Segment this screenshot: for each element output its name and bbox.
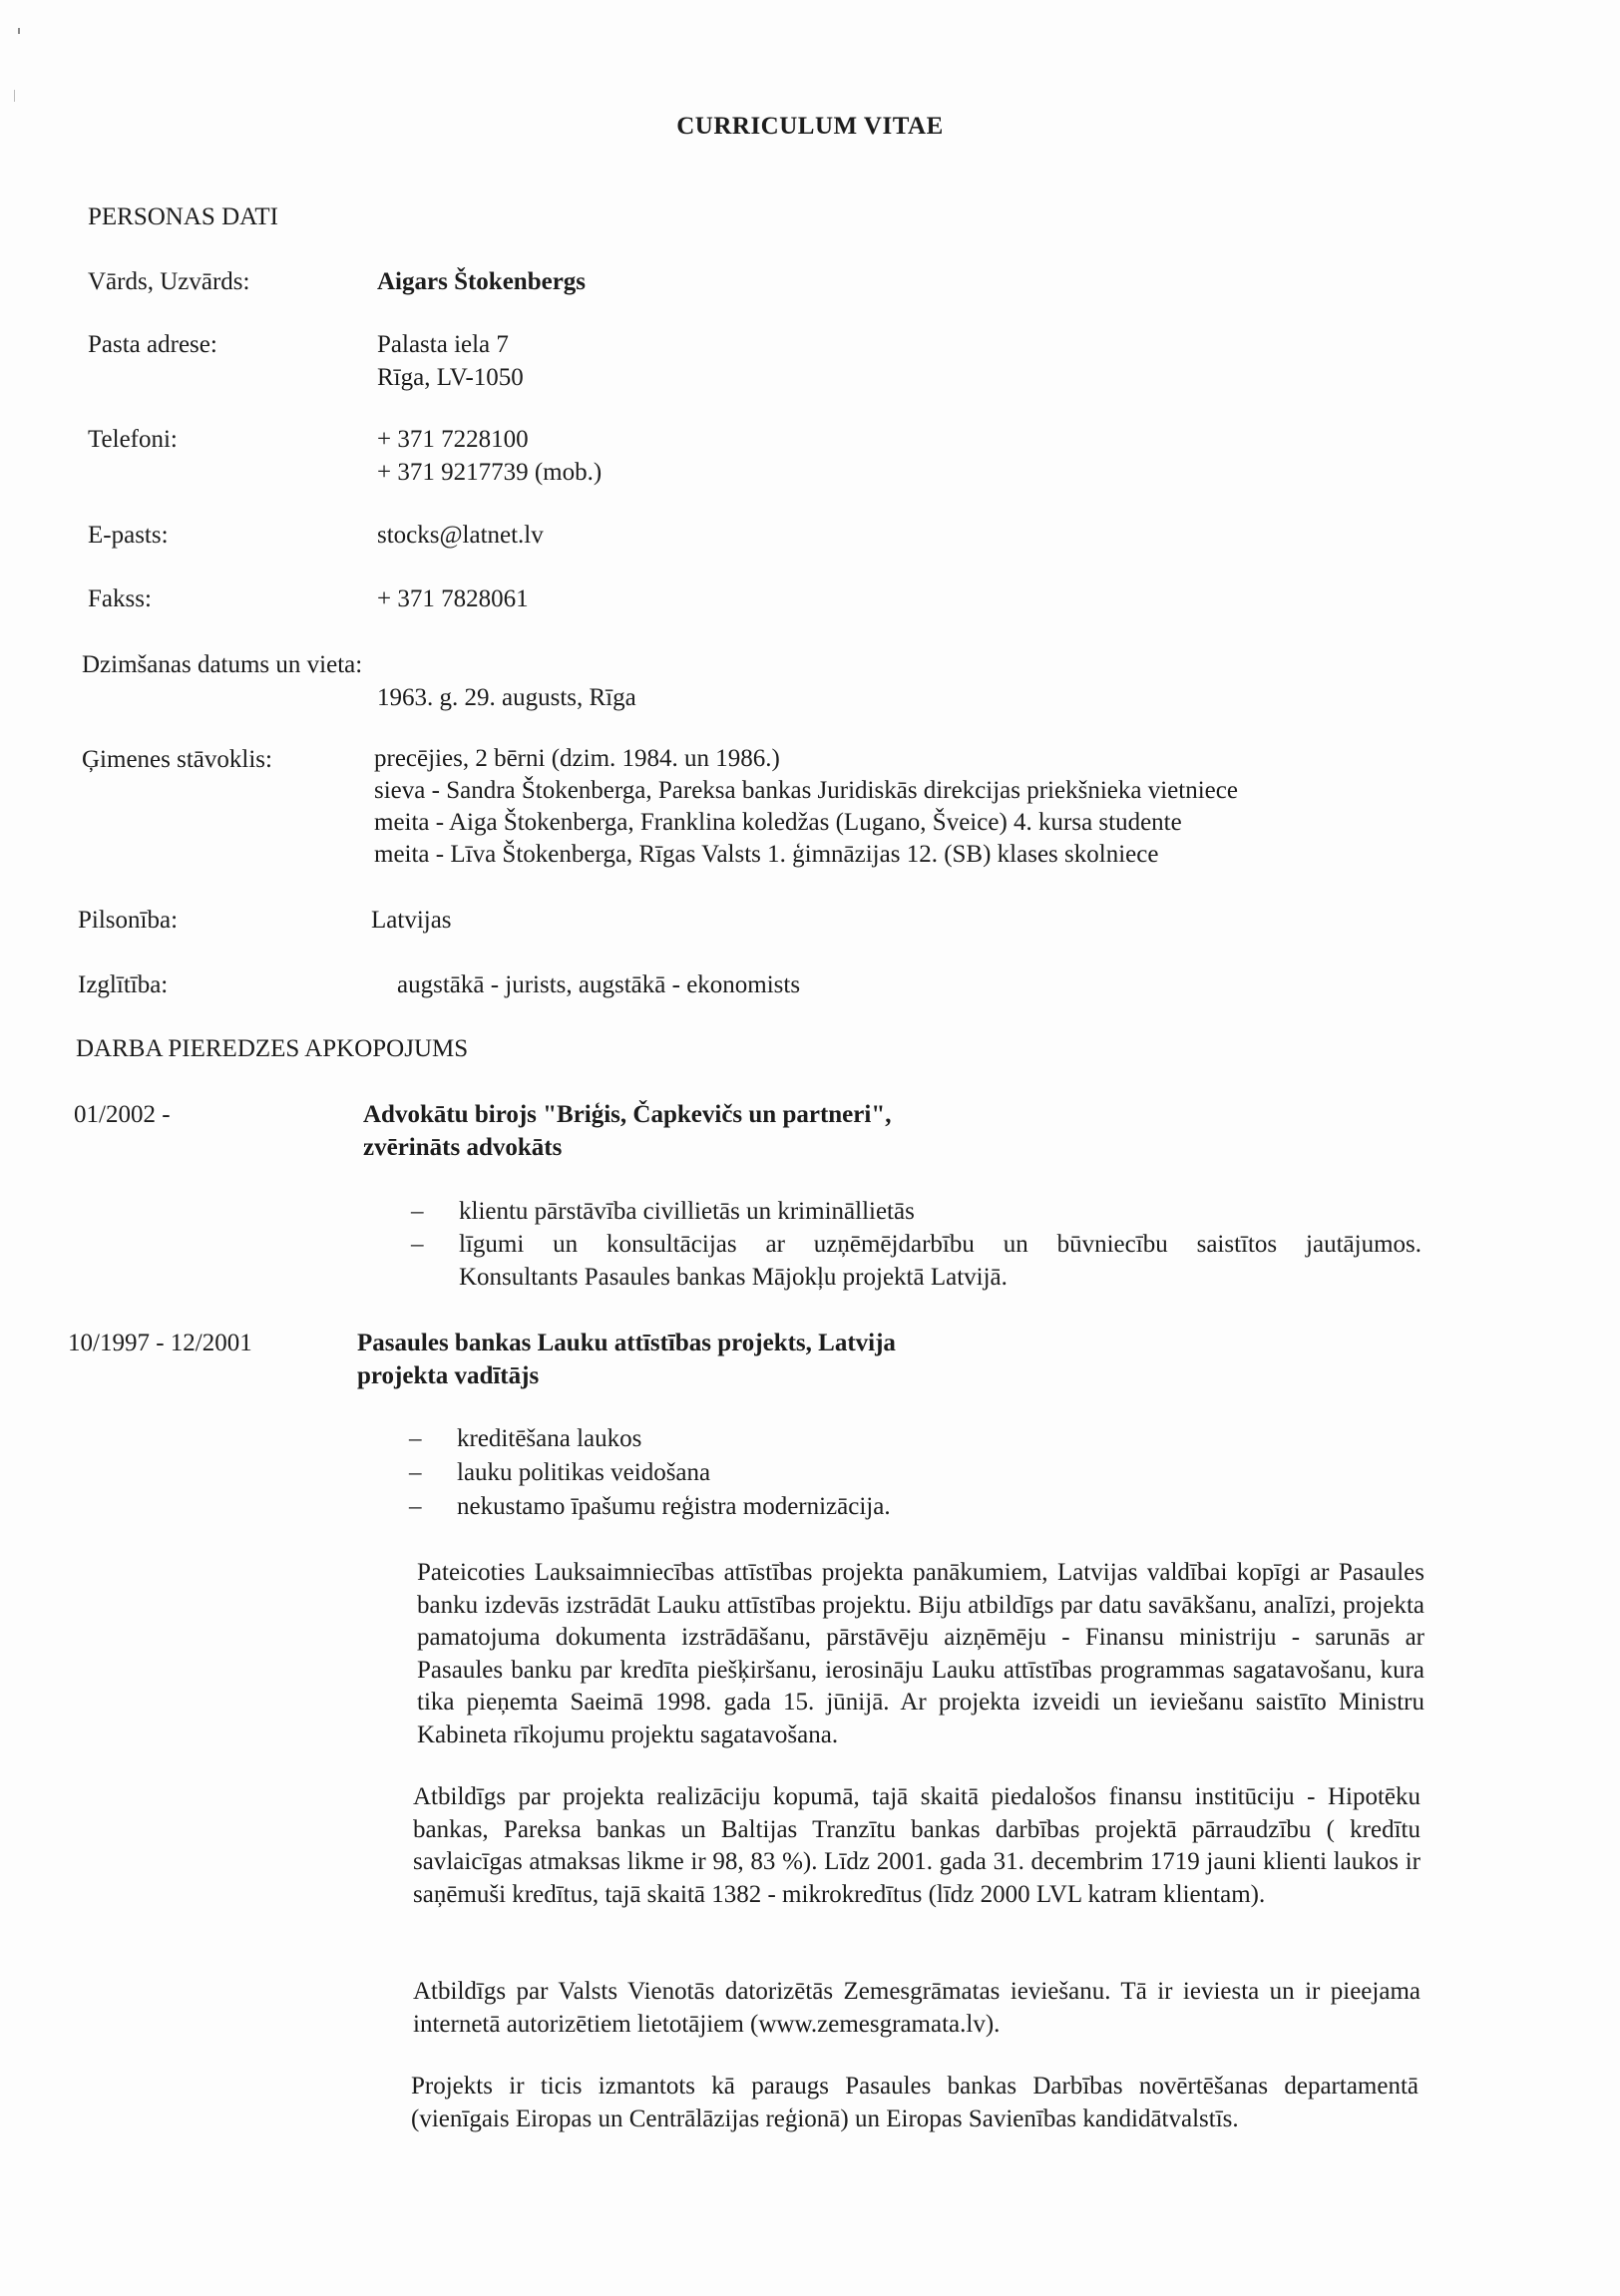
job-paragraph: Atbildīgs par projekta realizāciju kopum… bbox=[413, 1781, 1420, 1911]
bullet-item: – nekustamo īpašumu reģistra modernizāci… bbox=[409, 1490, 891, 1524]
dash-bullet-icon: – bbox=[409, 1490, 457, 1524]
family-label: Ģimenes stāvoklis: bbox=[82, 743, 272, 776]
dash-bullet-icon: – bbox=[409, 1456, 457, 1490]
name-label: Vārds, Uzvārds: bbox=[88, 265, 249, 298]
experience-heading: DARBA PIEREDZES APKOPOJUMS bbox=[76, 1032, 468, 1065]
phone-line: + 371 9217739 (mob.) bbox=[377, 456, 602, 489]
job-position: projekta vadītājs bbox=[357, 1359, 896, 1392]
phones-value: + 371 7228100 + 371 9217739 (mob.) bbox=[377, 423, 602, 489]
family-line: meita - Aiga Štokenberga, Franklina kole… bbox=[374, 807, 1238, 839]
phone-line: + 371 7228100 bbox=[377, 423, 602, 456]
personal-data-heading: PERSONAS DATI bbox=[88, 200, 278, 233]
job-period: 10/1997 - 12/2001 bbox=[68, 1327, 252, 1359]
bullet-text: nekustamo īpašumu reģistra modernizācija… bbox=[457, 1490, 891, 1524]
address-label: Pasta adrese: bbox=[88, 328, 217, 361]
bullet-text: kreditēšana laukos bbox=[457, 1422, 641, 1456]
bullet-text: līgumi un konsultācijas ar uzņēmējdarbīb… bbox=[459, 1228, 1421, 1261]
job-paragraph: Projekts ir ticis izmantots kā paraugs P… bbox=[411, 2071, 1418, 2135]
scan-artifact bbox=[18, 28, 20, 34]
job-paragraph: Pateicoties Lauksaimniecības attīstības … bbox=[417, 1557, 1424, 1751]
document-title: CURRICULUM VITAE bbox=[0, 110, 1620, 143]
bullet-continuation-text: Konsultants Pasaules bankas Mājokļu proj… bbox=[459, 1261, 1008, 1294]
email-value: stocks@latnet.lv bbox=[377, 519, 544, 552]
fax-value: + 371 7828061 bbox=[377, 582, 529, 615]
job-header: Advokātu birojs "Briģis, Čapkevičs un pa… bbox=[363, 1098, 891, 1164]
job-bullets: – kreditēšana laukos – lauku politikas v… bbox=[409, 1422, 891, 1524]
citizenship-label: Pilsonība: bbox=[78, 904, 178, 937]
family-line: sieva - Sandra Štokenberga, Pareksa bank… bbox=[374, 775, 1238, 807]
education-value: augstākā - jurists, augstākā - ekonomist… bbox=[397, 968, 800, 1001]
family-value: precējies, 2 bērni (dzim. 1984. un 1986.… bbox=[374, 743, 1238, 871]
bullet-item: – lauku politikas veidošana bbox=[409, 1456, 891, 1490]
address-value: Palasta iela 7 Rīga, LV-1050 bbox=[377, 328, 524, 394]
dash-bullet-icon: – bbox=[411, 1228, 459, 1261]
bullet-item: – kreditēšana laukos bbox=[409, 1422, 891, 1456]
job-employer: Advokātu birojs "Briģis, Čapkevičs un pa… bbox=[363, 1098, 891, 1131]
job-paragraph: Atbildīgs par Valsts Vienotās datorizētā… bbox=[413, 1976, 1420, 2041]
bullet-text: lauku politikas veidošana bbox=[457, 1456, 710, 1490]
family-line: precējies, 2 bērni (dzim. 1984. un 1986.… bbox=[374, 743, 1238, 775]
dash-bullet-icon: – bbox=[409, 1422, 457, 1456]
job-employer: Pasaules bankas Lauku attīstības projekt… bbox=[357, 1327, 896, 1359]
address-line: Rīga, LV-1050 bbox=[377, 361, 524, 394]
name-value: Aigars Štokenbergs bbox=[377, 265, 586, 298]
fax-label: Fakss: bbox=[88, 582, 152, 615]
scan-artifact bbox=[14, 90, 15, 102]
job-period: 01/2002 - bbox=[74, 1098, 171, 1131]
bullet-continuation: Konsultants Pasaules bankas Mājokļu proj… bbox=[411, 1261, 1421, 1294]
phones-label: Telefoni: bbox=[88, 423, 178, 456]
bullet-text: klientu pārstāvība civillietās un krimin… bbox=[459, 1195, 915, 1228]
bullet-item: – līgumi un konsultācijas ar uzņēmējdarb… bbox=[411, 1228, 1421, 1261]
education-label: Izglītība: bbox=[78, 968, 168, 1001]
birth-label: Dzimšanas datums un vieta: bbox=[82, 648, 362, 681]
address-line: Palasta iela 7 bbox=[377, 328, 524, 361]
family-line: meita - Līva Štokenberga, Rīgas Valsts 1… bbox=[374, 839, 1238, 871]
dash-bullet-icon: – bbox=[411, 1195, 459, 1228]
job-bullets: – klientu pārstāvība civillietās un krim… bbox=[411, 1195, 1421, 1294]
email-label: E-pasts: bbox=[88, 519, 169, 552]
birth-value: 1963. g. 29. augusts, Rīga bbox=[377, 681, 636, 714]
job-position: zvērināts advokāts bbox=[363, 1131, 891, 1164]
bullet-item: – klientu pārstāvība civillietās un krim… bbox=[411, 1195, 1421, 1228]
citizenship-value: Latvijas bbox=[371, 904, 452, 937]
job-header: Pasaules bankas Lauku attīstības projekt… bbox=[357, 1327, 896, 1392]
